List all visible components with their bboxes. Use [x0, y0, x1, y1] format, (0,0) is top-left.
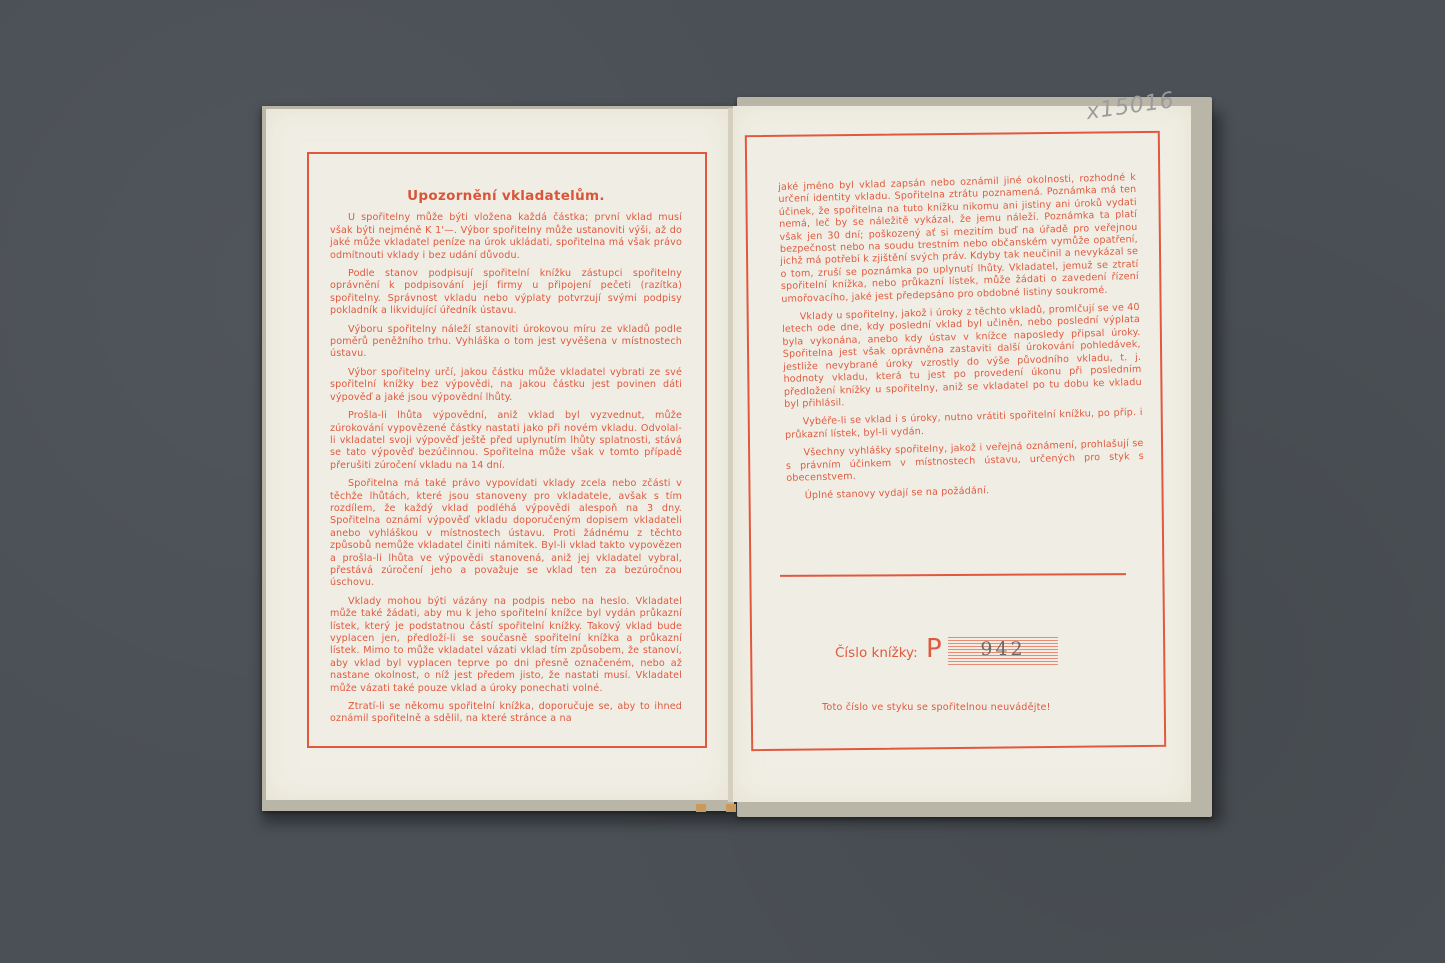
- paragraph: Ztratí-li se někomu spořitelní knížka, d…: [330, 701, 682, 726]
- paragraph: Všechny vyhlášky spořitelny, jakož i veř…: [785, 438, 1144, 485]
- notice-title: Upozornění vkladatelům.: [330, 190, 682, 202]
- book-number-label: Číslo knížky:: [835, 645, 918, 661]
- warning-note: Toto číslo ve styku se spořitelnou neuvá…: [822, 702, 1051, 713]
- book-number-prefix: P: [926, 634, 942, 664]
- left-page-text: Upozornění vkladatelům. U spořitelny můž…: [330, 190, 682, 732]
- book-number-value: 942: [948, 638, 1058, 660]
- paragraph-continuation: jaké jméno byl vklad zapsán nebo oznámil…: [778, 172, 1139, 306]
- paragraph: U spořitelny může býti vložena každá čás…: [330, 212, 682, 262]
- paragraph: Úplné stanovy vydají se na požádání.: [787, 481, 1145, 503]
- paragraph: Vklady u spořitelny, jakož i úroky z těc…: [782, 302, 1143, 411]
- binding-tab-right: [726, 804, 736, 812]
- paragraph: Spořitelna má také právo vypovídati vkla…: [330, 478, 682, 590]
- paragraph: Vklady mohou býti vázány na podpis nebo …: [330, 596, 682, 695]
- paragraph: Výbor spořitelny určí, jakou částku může…: [330, 367, 682, 404]
- binding-tab-left: [696, 804, 706, 812]
- right-page-text: jaké jméno byl vklad zapsán nebo oznámil…: [778, 172, 1145, 510]
- paragraph: Výboru spořitelny náleží stanoviti úroko…: [330, 324, 682, 361]
- spine: [728, 108, 733, 802]
- paragraph: Prošla-li lhůta výpovědní, aniž vklad by…: [330, 410, 682, 472]
- paragraph: Podle stanov podpisují spořitelní knížku…: [330, 268, 682, 318]
- paragraph: Vybéře-li se vklad i s úroky, nutno vrát…: [785, 407, 1144, 442]
